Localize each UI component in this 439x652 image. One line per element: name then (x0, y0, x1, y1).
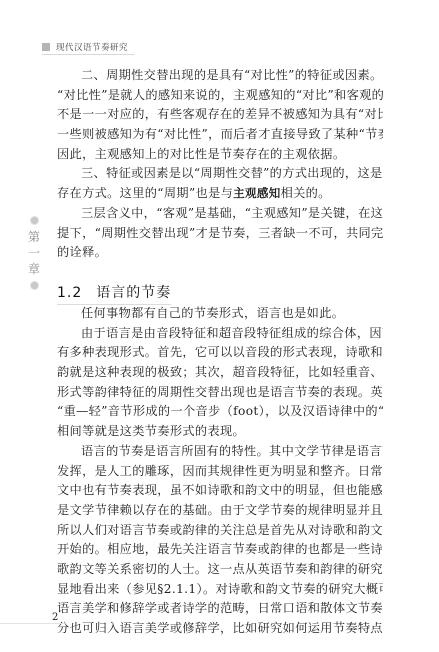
text-line: 分也可归入语言美学或修辞学，比如研究如何运用节奏特点增强语言的 (57, 619, 383, 639)
section-number: 1.2 (57, 285, 82, 301)
dot-icon (30, 281, 39, 290)
text-line: 文中也有节奏表现，虽不如诗歌和韵文中的明显，但也能感觉到，并且 (57, 481, 383, 501)
text-line: 是文学节律赖以存在的基础。由于文学节奏的规律明显并且十分整齐， (57, 501, 383, 521)
text-line: 形式等韵律特征的周期性交替出现也是语言节奏的表现。英语中的 (57, 383, 383, 403)
text-line: 相间等就是这类节奏形式的表现。 (57, 422, 383, 442)
chapter-char: 一 (28, 246, 40, 260)
chapter-side-marker: 第 一 章 (27, 212, 41, 294)
running-head: 现代汉语节奏研究 (42, 41, 134, 55)
section2-body: 任何事物都有自己的节奏形式，语言也是如此。 由于语言是由音段特征和超音段特征组成… (57, 304, 383, 639)
text-line: 不是一一对应的，有些客观存在的差异不被感知为具有“对比性”，另 (57, 105, 383, 125)
section1-body: 二、周期性交替出现的是具有“对比性”的特征或因素。所谓 “对比性”是就人的感知来… (57, 66, 383, 263)
text-line: 提下，“周期性交替出现”才是节奏，三者缺一不可，共同完成对节奏 (57, 224, 383, 244)
text-line: 所以人们对语言节奏或韵律的关注总是首先从对诗歌和韵文节奏的认识 (57, 521, 383, 541)
text-line: 韵就是这种表现的极致；其次，超音段特征，比如轻重音、停延、音高 (57, 363, 383, 383)
text-line: 语言美学和修辞学或者诗学的范畴，日常口语和散体文节奏研究的一部 (57, 599, 383, 619)
text-line: “重—轻”音节形成的一个音步（foot），以及汉语诗律中的“平—仄” (57, 402, 383, 422)
section-heading: 1.2语言的节奏 (57, 282, 171, 305)
text-line: “对比性”是就人的感知来说的，主观感知的“对比”和客观的差异并 (57, 86, 383, 106)
text-line: 歌韵文等关系密切的人士。这一点从英语节奏和韵律的研究历史可以明 (57, 560, 383, 580)
text-line: 因此，主观感知上的对比性是节奏存在的主观依据。 (57, 145, 383, 165)
running-title: 现代汉语节奏研究 (56, 41, 128, 53)
text-line: 由于语言是由音段特征和超音段特征组成的综合体，因而它的节奏 (57, 324, 383, 344)
text-span: 存在方式。这里的“周期”也是与 (57, 186, 233, 200)
text-line: 三、特征或因素是以“周期性交替”的方式出现的，这是节奏的 (57, 164, 383, 184)
chapter-char: 第 (28, 230, 40, 244)
text-line: 二、周期性交替出现的是具有“对比性”的特征或因素。所谓 (57, 66, 383, 86)
text-line: 开始的。相应地，最先关注语言节奏或韵律的也都是一些诗人，或与诗 (57, 540, 383, 560)
text-line: 一些则被感知为有“对比性”，而后者才直接导致了某种“节奏感”。 (57, 125, 383, 145)
header-square-icon (42, 43, 50, 51)
text-line: 存在方式。这里的“周期”也是与主观感知相关的。 (57, 184, 383, 204)
dot-icon (30, 216, 39, 225)
text-line: 发挥，是人工的雕琢，因而其规律性更为明显和整齐。日常口语和散体 (57, 462, 383, 482)
chapter-char: 章 (28, 262, 40, 276)
text-line: 的诠释。 (57, 243, 383, 263)
text-line: 三层含义中，“客观”是基础，“主观感知”是关键，在这两个前 (57, 204, 383, 224)
footer-rule (0, 623, 64, 624)
bold-term: 主观感知 (233, 186, 280, 200)
text-line: 有多种表现形式。首先，它可以以音段的形式表现，诗歌和韵文中的押 (57, 343, 383, 363)
text-line: 显地看出来（参见§2.1.1）。对诗歌和韵文节奏的研究大概可以归为 (57, 580, 383, 600)
page-number: 2 (52, 612, 58, 623)
section-title: 语言的节奏 (96, 285, 171, 301)
text-span: 相关的。 (281, 186, 331, 200)
text-line: 任何事物都有自己的节奏形式，语言也是如此。 (57, 304, 383, 324)
text-line: 语言的节奏是语言所固有的特性。其中文学节律是语言节奏的最大 (57, 442, 383, 462)
